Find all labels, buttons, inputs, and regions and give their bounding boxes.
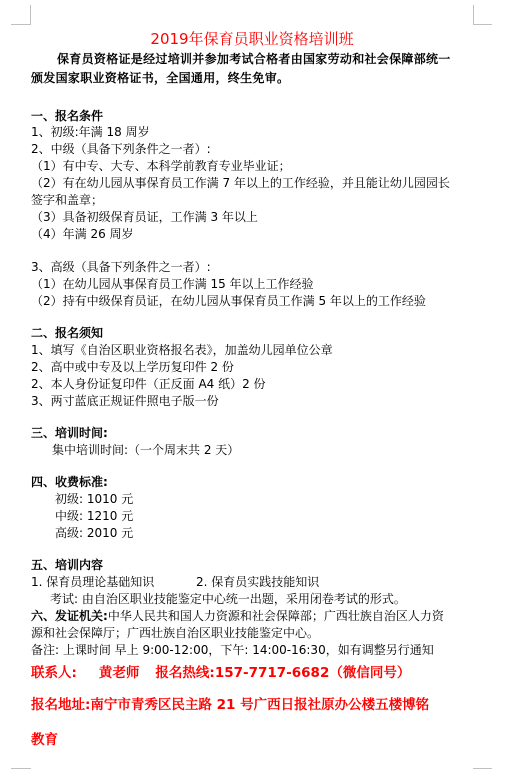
- crop-mark-bottom-right-h: [473, 768, 492, 769]
- intro-line-1: 保育员资格证是经过培训并参加考试合格者由国家劳动和社会保障部统一: [31, 50, 477, 69]
- contact-line: 联系人:黄老师报名热线:157-7717-6682（微信同号）: [31, 664, 410, 682]
- address-line-1: 报名地址:南宁市青秀区民主路 21 号广西日报社原办公楼五楼博铭: [31, 696, 429, 714]
- contact-name: 黄老师: [99, 665, 140, 681]
- class-time-note: 备注: 上课时间 早上 9:00-12:00，下午: 14:00-16:30，如…: [31, 642, 434, 658]
- section-heading-issuing-authority: 六、发证机关:: [31, 609, 108, 623]
- section-heading-requirements: 一、报名条件: [31, 108, 103, 124]
- exam-info: 考试: 由自治区职业技能鉴定中心统一出题，采用闭卷考试的形式。: [50, 591, 406, 607]
- issuing-authority-text: 中华人民共和国人力资源和社会保障部；广西壮族自治区人力资: [108, 609, 444, 623]
- section-heading-training-content: 五、培训内容: [31, 557, 103, 573]
- crop-mark-top-left-h: [11, 24, 31, 25]
- issuing-authority-line-1: 六、发证机关:中华人民共和国人力资源和社会保障部；广西壮族自治区人力资: [31, 608, 444, 624]
- document-title: 2019年保育员职业资格培训班: [31, 29, 473, 49]
- hotline-number: 157-7717-6682（微信同号）: [215, 665, 411, 681]
- requirement-item: （3）具备初级保育员证，工作满 3 年以上: [31, 209, 258, 225]
- requirement-item: （1）有中专、大专、本科学前教育专业毕业证；: [31, 158, 291, 174]
- requirement-item: （2）有在幼儿园从事保育员工作满 7 年以上的工作经验，并且能让幼儿园园长: [31, 175, 450, 191]
- section-heading-training-time: 三、培训时间:: [31, 425, 108, 441]
- contact-label: 联系人:: [31, 665, 77, 681]
- training-content-item-2: 2. 保育员实践技能知识: [196, 574, 319, 590]
- requirement-item: 1、初级:年满 18 周岁: [31, 124, 150, 140]
- requirement-item: 签字和盖章；: [31, 192, 103, 208]
- training-content-item-1: 1. 保育员理论基础知识: [31, 574, 154, 590]
- section-heading-registration-notes: 二、报名须知: [31, 325, 103, 341]
- intro-line-2: 颁发国家职业资格证书，全国通用，终生免审。: [31, 69, 477, 88]
- requirement-item: 3、高级（具备下列条件之一者）:: [31, 259, 211, 275]
- registration-note-item: 1、填写《自治区职业资格报名表》，加盖幼儿园单位公章: [31, 342, 333, 358]
- registration-note-item: 2、高中或中专及以上学历复印件 2 份: [31, 359, 234, 375]
- requirement-item: （4）年满 26 周岁: [31, 226, 134, 242]
- fee-senior: 高级: 2010 元: [55, 525, 133, 541]
- issuing-authority-line-2: 源和社会保障厅；广西壮族自治区职业技能鉴定中心。: [31, 625, 319, 641]
- fee-intermediate: 中级: 1210 元: [55, 508, 133, 524]
- requirement-item: （2）持有中级保育员证，在幼儿园从事保育员工作满 5 年以上的工作经验: [31, 293, 426, 309]
- registration-note-item: 3、两寸蓝底正规证件照电子版一份: [31, 393, 219, 409]
- registration-note-item: 2、本人身份证复印件（正反面 A4 纸）2 份: [31, 376, 266, 392]
- requirement-item: （1）在幼儿园从事保育员工作满 15 年以上工作经验: [31, 276, 314, 292]
- crop-mark-bottom-left-h: [11, 768, 31, 769]
- hotline-label: 报名热线:: [155, 665, 214, 681]
- intro-paragraph: 保育员资格证是经过培训并参加考试合格者由国家劳动和社会保障部统一 颁发国家职业资…: [31, 50, 477, 88]
- address-text: 南宁市青秀区民主路 21 号广西日报社原办公楼五楼博铭: [90, 697, 429, 713]
- crop-mark-top-right-v: [473, 5, 474, 25]
- requirement-item: 2、中级（具备下列条件之一者）:: [31, 141, 211, 157]
- section-heading-fees: 四、收费标准:: [31, 474, 108, 490]
- address-line-2: 教育: [31, 731, 58, 749]
- crop-mark-top-left-v: [30, 5, 31, 25]
- crop-mark-top-right-h: [473, 24, 492, 25]
- training-time-text: 集中培训时间:（一个周末共 2 天）: [52, 442, 239, 458]
- fee-junior: 初级: 1010 元: [55, 491, 133, 507]
- address-label: 报名地址:: [31, 697, 90, 713]
